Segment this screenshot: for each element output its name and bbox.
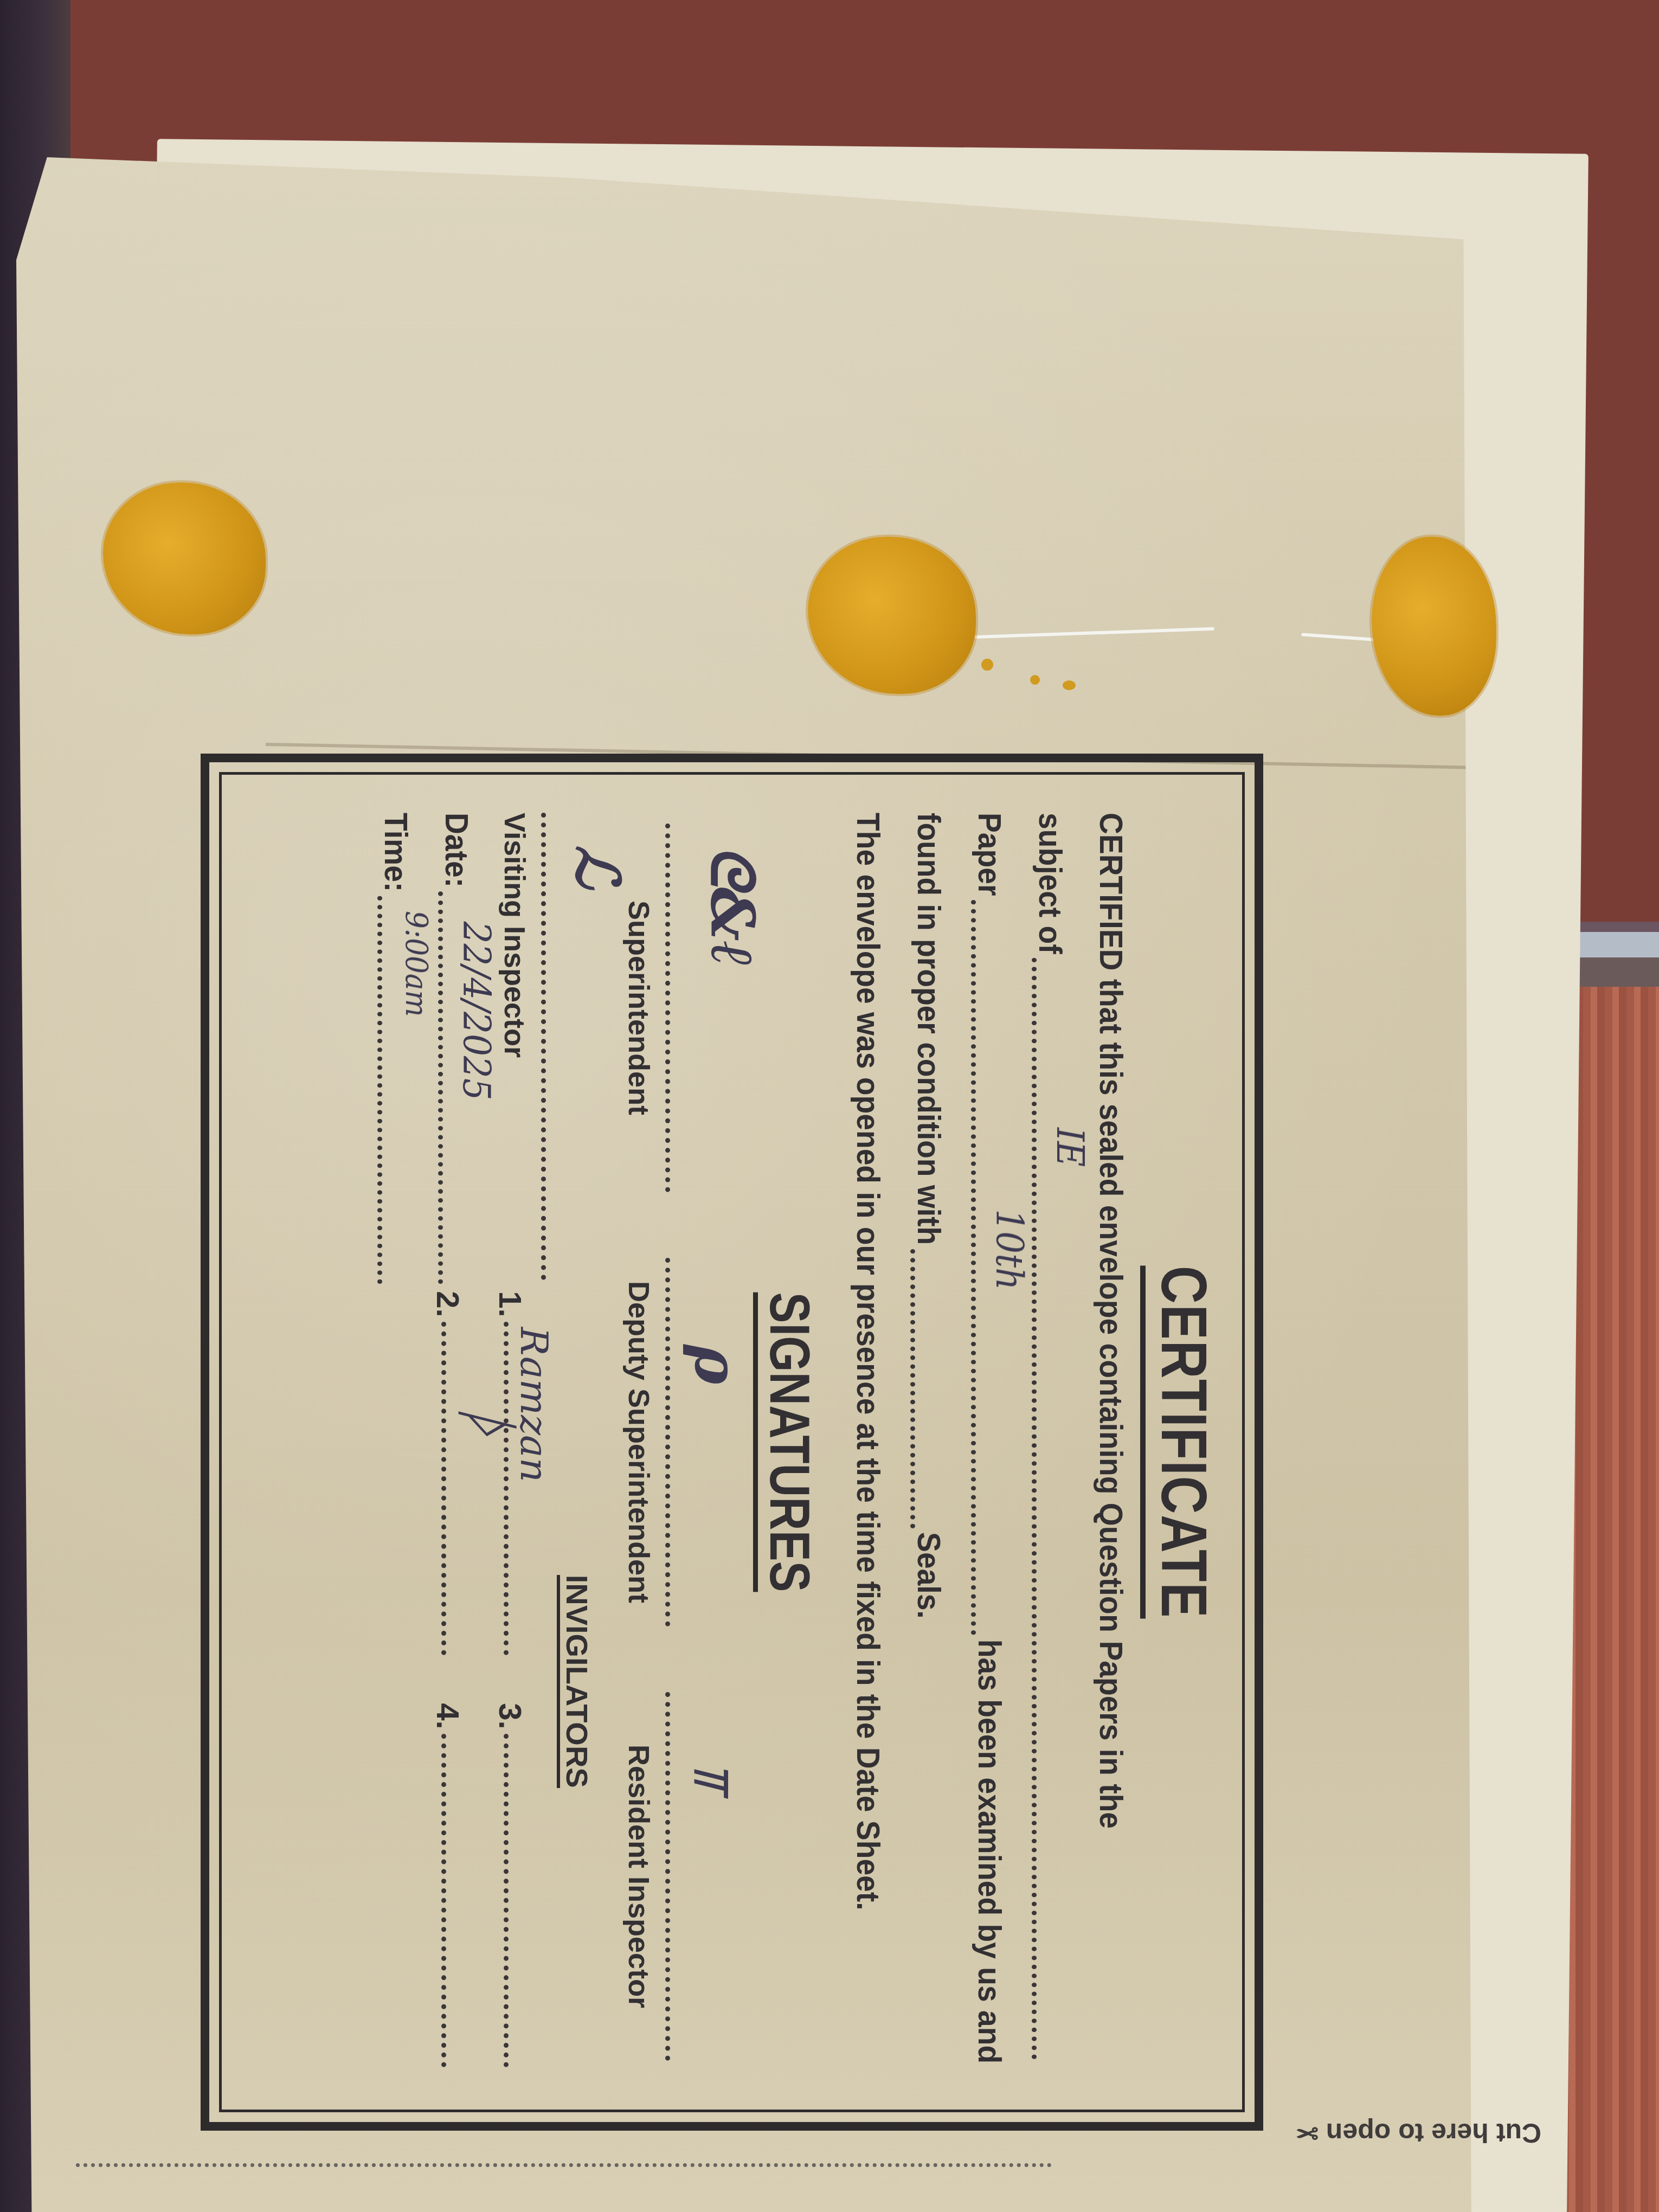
date-handwritten-value: 22/4/2025 — [446, 922, 507, 1101]
paper-handwritten-value: 10th — [979, 1209, 1040, 1290]
scissors-icon: ✂ — [1296, 2118, 1319, 2148]
invigilator-2: 2. ᚦ — [429, 1291, 481, 1660]
time-handwritten-value: 9:00am — [385, 911, 446, 1017]
time-dotted-line[interactable]: 9:00am — [377, 896, 382, 1284]
deputy-superintendent-scribble: ρ — [681, 1345, 751, 1384]
visiting-inspector-block: ℒ Visiting Inspector Date: 22/4/2025 Tim… — [365, 813, 595, 1291]
resident-inspector-signature: ⫪ Resident Inspector — [622, 1681, 719, 2072]
resident-inspector-scribble: ⫪ — [683, 1763, 741, 1790]
cut-line[interactable] — [76, 2163, 1052, 2167]
signature-row: ᘓ&ℓ Superintendent ρ Deputy Superintende… — [622, 813, 719, 2072]
subject-dotted-line[interactable]: IE — [1032, 958, 1037, 2060]
lower-section: ℒ Visiting Inspector Date: 22/4/2025 Tim… — [365, 813, 595, 2072]
superintendent-signature: ᘓ&ℓ Superintendent — [622, 813, 719, 1203]
cut-here-label: Cut here to open ✂ — [1296, 2117, 1541, 2149]
invigilators-heading: INVIGILATORS — [560, 1291, 595, 2072]
visiting-inspector-signature: ℒ Visiting Inspector — [498, 813, 595, 1291]
visiting-inspector-scribble: ℒ — [563, 845, 633, 888]
certificate-title: CERTIFICATE — [1147, 926, 1220, 1958]
date-field: Date: 22/4/2025 — [426, 813, 487, 1288]
wax-drop — [981, 659, 993, 671]
signatures-heading: SIGNATURES — [757, 926, 821, 1958]
certified-line: CERTIFIED that this sealed envelope cont… — [1081, 813, 1141, 2063]
seals-field: found in proper condition with Seals. — [898, 813, 959, 2063]
invigilators-list: 1. Ramzan 3. 2. ᚦ 4. — [429, 1291, 543, 2072]
resident-inspector-signature-line[interactable]: ⫪ — [665, 1692, 719, 2061]
certificate-inner-border: CERTIFICATE CERTIFIED that this sealed e… — [219, 772, 1245, 2112]
superintendent-signature-line[interactable]: ᘓ&ℓ — [665, 824, 719, 1192]
time-field: Time: 9:00am — [365, 813, 426, 1288]
deputy-superintendent-signature-line[interactable]: ρ — [665, 1258, 719, 1626]
invigilator-1: 1. Ramzan — [492, 1291, 543, 1660]
invigilator-2-line[interactable]: ᚦ — [441, 1322, 446, 1655]
invigilator-4-line[interactable] — [441, 1734, 446, 2067]
paper-field: Paper 10th has been examined by us and — [959, 813, 1020, 2063]
deputy-superintendent-signature: ρ Deputy Superintendent — [622, 1247, 719, 1637]
invigilator-1-line[interactable]: Ramzan — [504, 1322, 509, 1655]
subject-field: subject of IE — [1020, 813, 1081, 2063]
invigilator-3-line[interactable] — [504, 1734, 509, 2067]
seals-dotted-line[interactable] — [910, 1249, 915, 1528]
visiting-inspector-signature-line[interactable]: ℒ — [541, 813, 595, 1280]
subject-handwritten-value: IE — [1040, 1128, 1101, 1167]
invigilators-block: INVIGILATORS 1. Ramzan 3. 2. ᚦ — [365, 1291, 595, 2072]
paper-dotted-line[interactable]: 10th — [971, 900, 976, 1636]
superintendent-scribble: ᘓ&ℓ — [697, 845, 768, 967]
certificate-box: CERTIFICATE CERTIFIED that this sealed e… — [201, 754, 1263, 2131]
wax-drop — [1063, 680, 1076, 690]
wax-drop — [1030, 675, 1040, 685]
invigilator-4: 4. — [429, 1703, 481, 2072]
opened-statement: The envelope was opened in our presence … — [838, 813, 898, 2063]
invigilator-3: 3. — [492, 1703, 543, 2072]
